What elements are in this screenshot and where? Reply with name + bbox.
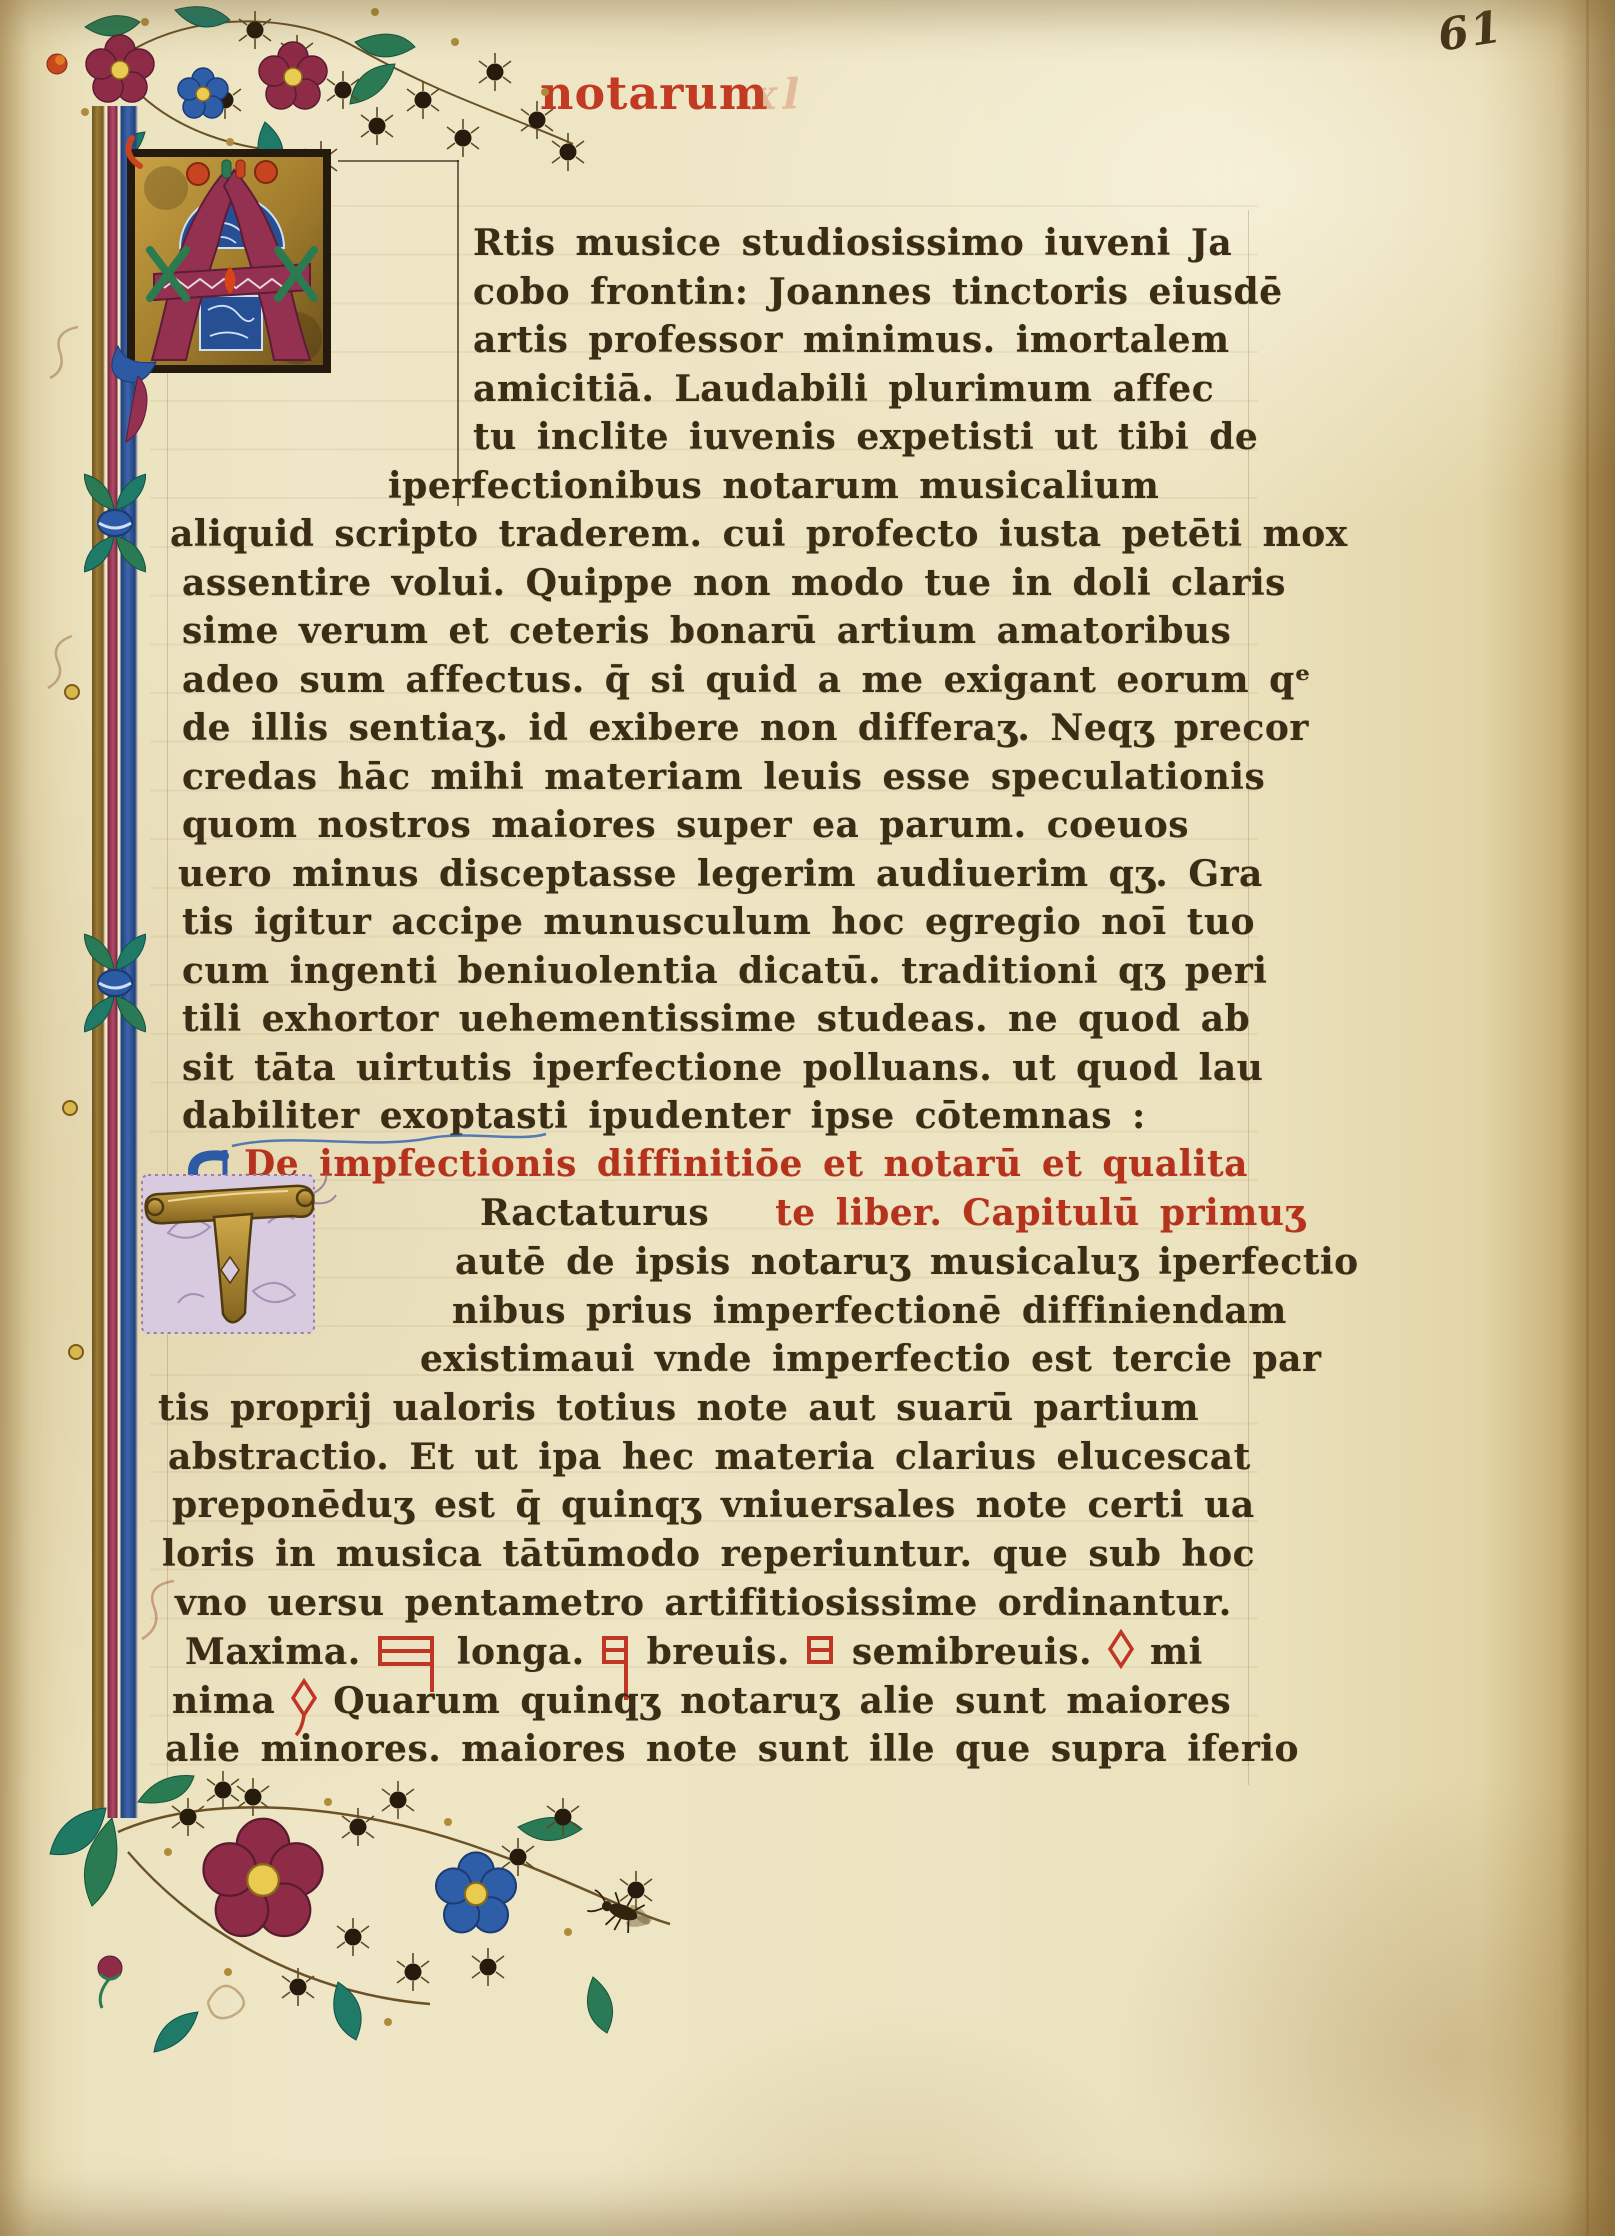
text-line: cum ingenti beniuolentia dicatū. traditi…: [182, 950, 1267, 992]
text-line: aliquid scripto traderem. cui profecto i…: [170, 513, 1348, 555]
text-line: credas hāc mihi materiam leuis esse spec…: [182, 756, 1265, 798]
maxima-note-icon: [377, 1634, 441, 1668]
text-line: autē de ipsis notaruʒ musicaluʒ iperfect…: [455, 1241, 1359, 1283]
text-line: loris in musica tātūmodo reperiuntur. qu…: [162, 1533, 1255, 1575]
text-line: preponēduʒ est q̄ quinqʒ vniuersales not…: [172, 1484, 1255, 1526]
note-label-maxima: Maxima.: [185, 1631, 361, 1673]
text-line: adeo sum affectus. q̄ si quid a me exiga…: [182, 659, 1311, 701]
initial-frame-line-horizontal: [338, 160, 459, 162]
brevis-note-icon: [806, 1634, 836, 1668]
rubric-line: De impfectionis diffinitiōe et notarū et…: [244, 1143, 1248, 1185]
semibrevis-note-icon: [1108, 1630, 1134, 1668]
minima-line: nimaQuarum quinqʒ notaruʒ alie sunt maio…: [172, 1679, 1231, 1722]
minima-line-post: Quarum quinqʒ notaruʒ alie sunt maiores: [333, 1680, 1231, 1722]
offset-ghost-text: xl: [747, 69, 809, 120]
minima-line-pre: nima: [172, 1680, 275, 1722]
longa-note-icon: [601, 1634, 631, 1668]
margin-pen-squiggle-1: [48, 322, 88, 382]
chapter-opening-word: Ractaturus: [480, 1192, 709, 1234]
text-line: existimaui vnde imperfectio est tercie p…: [420, 1338, 1321, 1380]
note-demonstration-line: Maxima.longa.breuis.semibreuis.mi: [185, 1630, 1203, 1673]
page-fore-edge: [1586, 0, 1589, 2236]
text-line: tis proprij ualoris totius note aut suar…: [158, 1387, 1199, 1429]
note-label-semibrevis: semibreuis.: [852, 1631, 1092, 1673]
text-line: sime verum et ceteris bonarū artium amat…: [182, 610, 1231, 652]
text-line: de illis sentiaʒ. id exibere non differa…: [182, 707, 1309, 749]
text-line: artis professor minimus. imortalem: [473, 319, 1230, 361]
text-line: cobo frontin: Joannes tinctoris eiusdē: [473, 271, 1283, 313]
chapter-heading-rubric: te liber. Capitulū primuʒ: [775, 1192, 1305, 1234]
text-line: alie minores. maiores note sunt ille que…: [165, 1728, 1299, 1770]
text-line: quom nostros maiores super ea parum. coe…: [182, 804, 1189, 846]
text-line: tis igitur accipe munusculum hoc egregio…: [182, 901, 1255, 943]
border-leaf-knot-lower: [84, 928, 146, 1038]
bottom-floral-spray-ornament: [48, 1772, 708, 2132]
text-line: iperfectionibus notarum musicalium: [388, 465, 1159, 507]
insect-ornament: [584, 1883, 659, 1942]
text-line: amicitiā. Laudabili plurimum affec: [473, 368, 1214, 410]
text-line: vno uersu pentametro artifitiosissime or…: [175, 1582, 1232, 1624]
text-line: tu inclite iuvenis expetisti ut tibi de: [473, 416, 1258, 458]
text-line: Rtis musice studiosissimo iuveni Ja: [473, 222, 1232, 264]
illuminated-initial-T: [138, 1163, 328, 1341]
minima-note-icon: [291, 1679, 317, 1717]
illuminated-initial-A: [126, 148, 338, 386]
text-line: nibus prius imperfectionē diffiniendam: [452, 1290, 1287, 1332]
margin-gold-dots: [60, 680, 90, 1380]
text-line: abstractio. Et ut ipa hec materia clariu…: [168, 1436, 1251, 1478]
text-line: uero minus disceptasse legerim audiuerim…: [178, 853, 1263, 895]
chapter-heading-line: Ractaturuste liber. Capitulū primuʒ: [480, 1192, 1305, 1234]
folio-number: 61: [1434, 1, 1506, 62]
initial-frame-line-vertical: [457, 160, 459, 506]
note-label-brevis: breuis.: [647, 1631, 790, 1673]
text-line: assentire volui. Quippe non modo tue in …: [182, 562, 1286, 604]
text-line: tili exhortor uehementissime studeas. ne…: [182, 998, 1250, 1040]
manuscript-page: 61 notarum xl: [0, 0, 1615, 2236]
text-line: sit tāta uirtutis iperfectione polluans.…: [182, 1047, 1263, 1089]
note-label-longa: longa.: [457, 1631, 585, 1673]
border-leaf-knot-upper: [84, 468, 146, 578]
note-label-mi: mi: [1150, 1631, 1203, 1673]
